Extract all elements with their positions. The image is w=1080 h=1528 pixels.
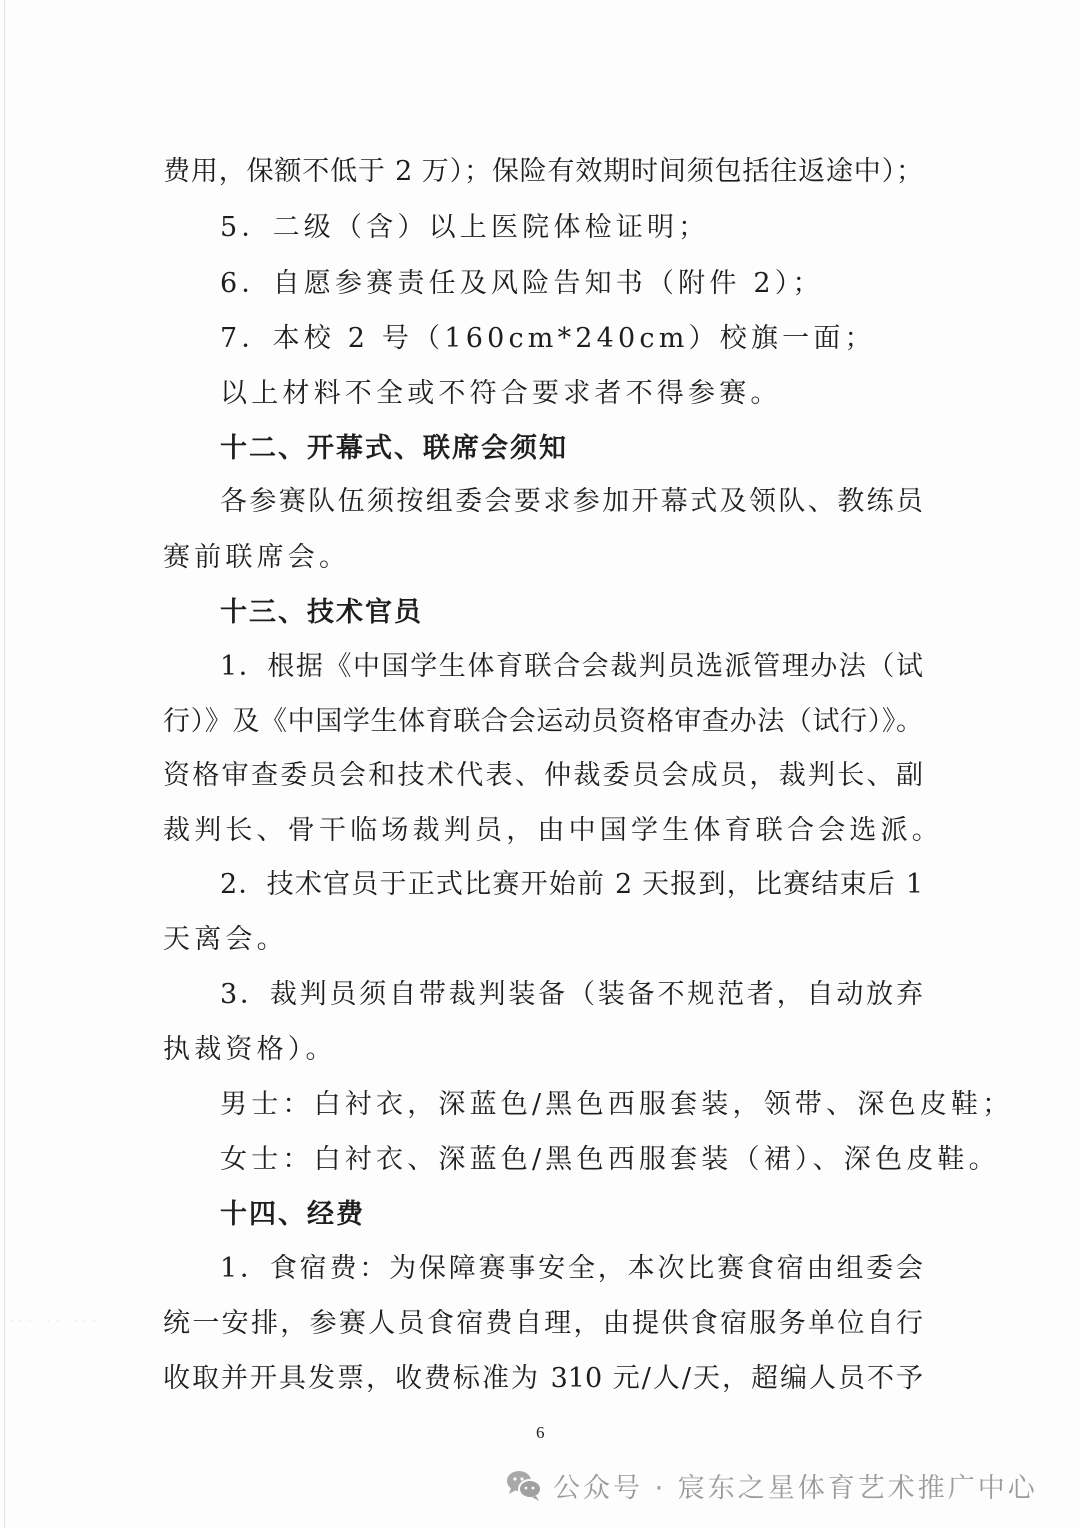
text-line: 收取并开具发票，收费标准为 310 元/人/天，超编人员不予 bbox=[163, 1359, 923, 1399]
text-line: 1．根据《中国学生体育联合会裁判员选派管理办法（试 bbox=[220, 647, 923, 687]
text-line: 男士：白衬衣，深蓝色/黑色西服套装，领带、深色皮鞋； bbox=[220, 1085, 923, 1125]
text-line: 行）》及《中国学生体育联合会运动员资格审查办法（试行）》。 bbox=[163, 702, 923, 742]
text-line: 天离会。 bbox=[163, 920, 923, 960]
text-line: 执裁资格）。 bbox=[163, 1030, 923, 1070]
section-heading-14: 十四、经费 bbox=[220, 1195, 923, 1235]
list-item-6: 6．自愿参赛责任及风险告知书（附件 2）； bbox=[220, 264, 923, 304]
wechat-icon bbox=[505, 1468, 543, 1502]
scan-edge bbox=[4, 0, 5, 1528]
text-line: 赛前联席会。 bbox=[163, 538, 923, 578]
page-number: 6 bbox=[536, 1423, 545, 1443]
scan-artifact: ··· ·· ··· bbox=[10, 1316, 102, 1327]
list-item-5: 5．二级（含）以上医院体检证明； bbox=[220, 208, 923, 248]
text-line: 3．裁判员须自带裁判装备（装备不规范者，自动放弃 bbox=[220, 975, 923, 1015]
text-line: 资格审查委员会和技术代表、仲裁委员会成员，裁判长、副 bbox=[163, 756, 923, 796]
document-page: ··· ·· ··· 费用，保额不低于 2 万）；保险有效期时间须包括往返途中）… bbox=[0, 0, 1080, 1528]
text-line: 费用，保额不低于 2 万）；保险有效期时间须包括往返途中）； bbox=[163, 152, 923, 192]
text-line: 女士：白衬衣、深蓝色/黑色西服套装（裙）、深色皮鞋。 bbox=[220, 1140, 923, 1180]
text-line: 2．技术官员于正式比赛开始前 2 天报到，比赛结束后 1 bbox=[220, 865, 923, 905]
watermark-text: 公众号 · 宸东之星体育艺术推广中心 bbox=[553, 1466, 1038, 1505]
text-line: 1．食宿费：为保障赛事安全，本次比赛食宿由组委会 bbox=[220, 1249, 923, 1289]
watermark: 公众号 · 宸东之星体育艺术推广中心 bbox=[505, 1460, 1038, 1510]
section-heading-13: 十三、技术官员 bbox=[220, 593, 923, 633]
text-line: 以上材料不全或不符合要求者不得参赛。 bbox=[220, 374, 923, 414]
list-item-7: 7．本校 2 号（160cm*240cm）校旗一面； bbox=[220, 319, 923, 359]
text-line: 裁判长、骨干临场裁判员，由中国学生体育联合会选派。 bbox=[163, 811, 923, 851]
text-line: 统一安排，参赛人员食宿费自理，由提供食宿服务单位自行 bbox=[163, 1304, 923, 1344]
section-heading-12: 十二、开幕式、联席会须知 bbox=[220, 429, 923, 469]
text-line: 各参赛队伍须按组委会要求参加开幕式及领队、教练员 bbox=[220, 482, 923, 522]
